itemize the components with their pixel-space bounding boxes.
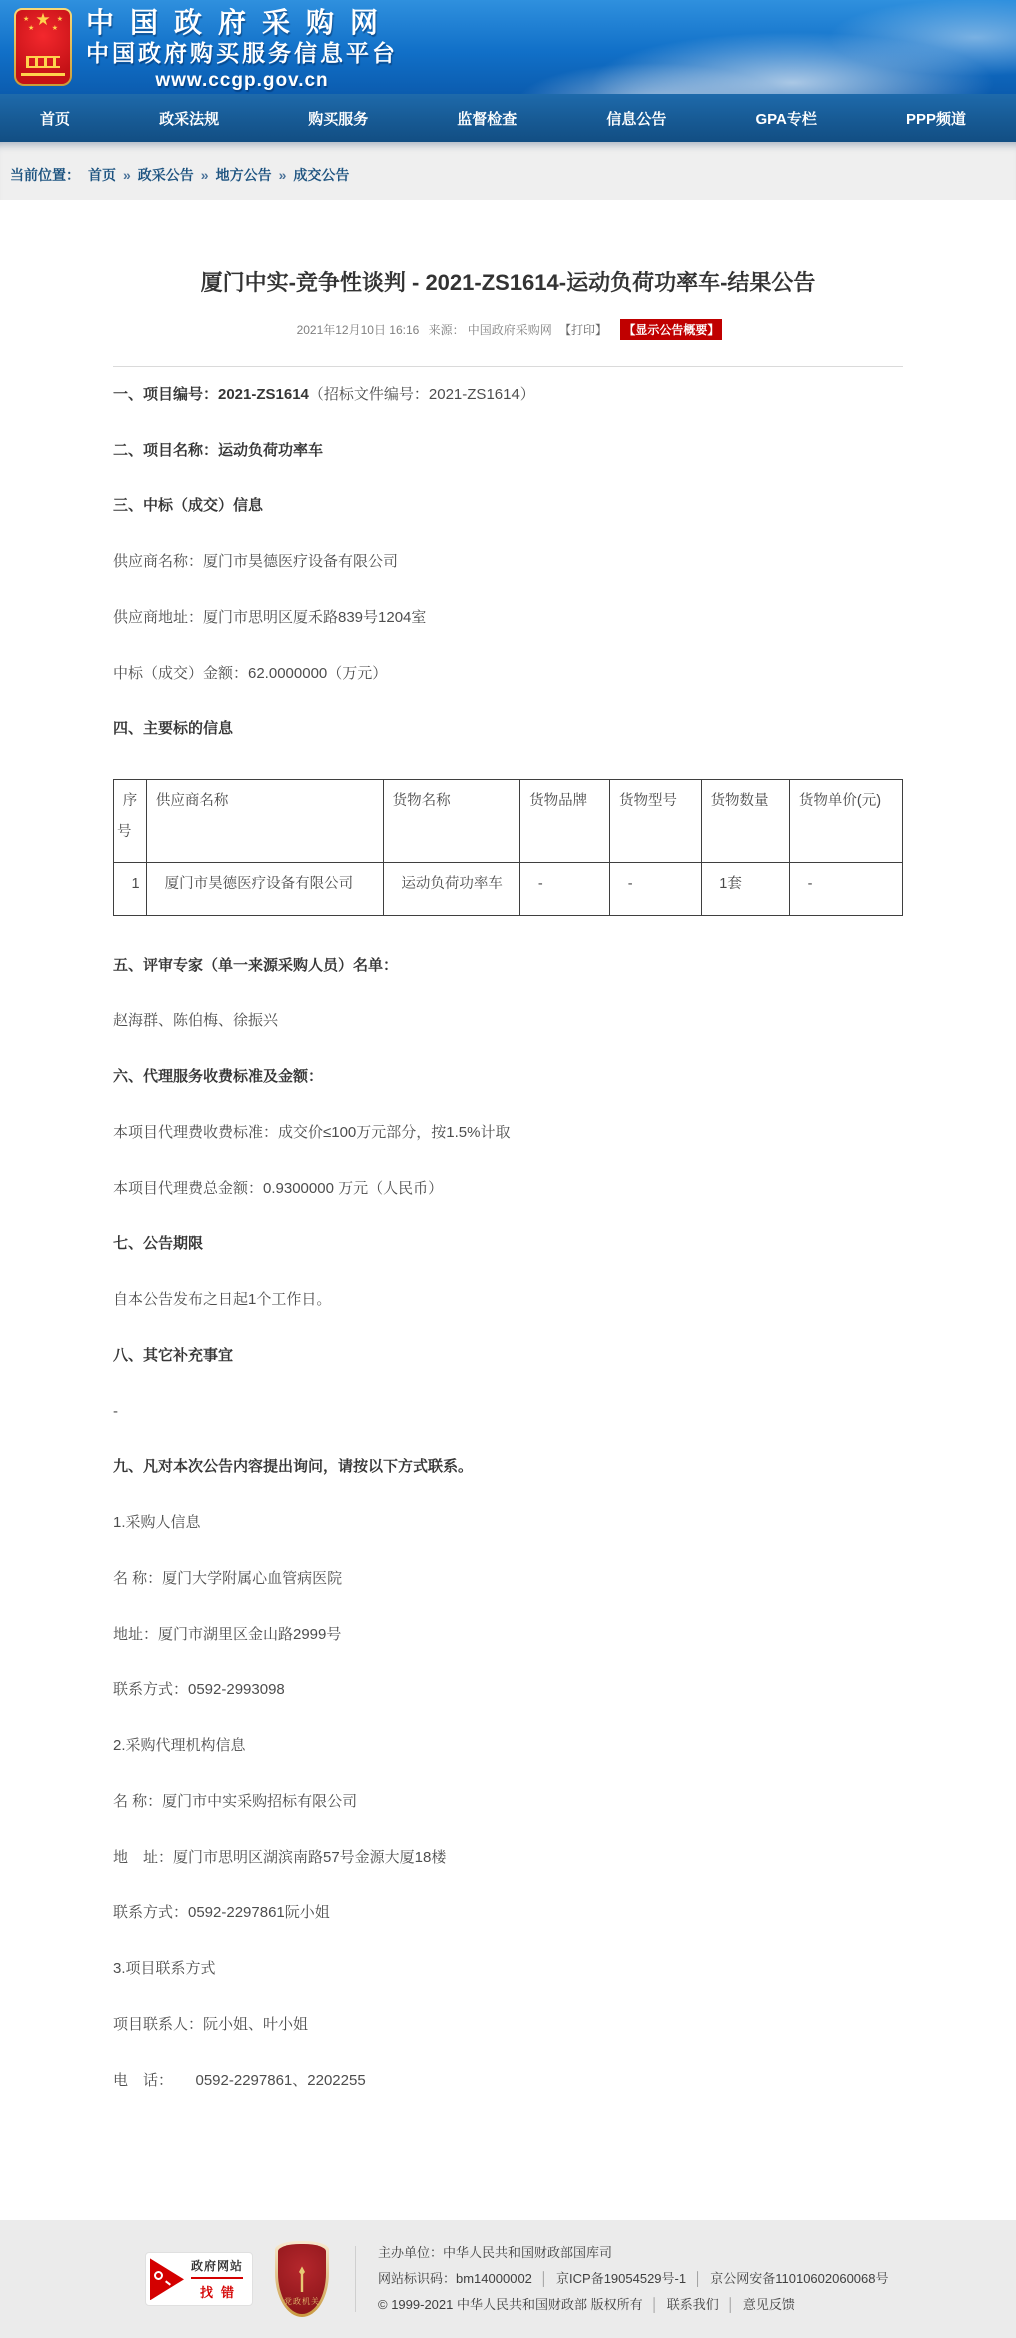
- article-body: 一、项目编号：2021-ZS1614（招标文件编号：2021-ZS1614） 二…: [113, 367, 903, 2109]
- cell-goods-model: -: [610, 863, 702, 915]
- breadcrumb-link-award-notices[interactable]: 成交公告: [293, 165, 349, 185]
- footer-vertical-divider: [355, 2246, 356, 2312]
- paragraph-text: 1.采购人信息: [113, 1514, 201, 1531]
- footer-text-block: 主办单位：中华人民共和国财政部国库司 网站标识码：bm14000002│京ICP…: [378, 2240, 889, 2318]
- breadcrumb-link-local-notices[interactable]: 地方公告: [216, 165, 272, 185]
- section-other-matters-heading: 八、其它补充事宜: [113, 1328, 903, 1384]
- paragraph-bold-text: 一、项目编号：2021-ZS1614: [113, 386, 309, 403]
- paragraph-text: 中标（成交）金额：62.0000000（万元）: [113, 665, 387, 682]
- purchaser-name-line: 名 称：厦门大学附属心血管病医院: [113, 1551, 903, 1607]
- print-button[interactable]: 【打印】: [559, 323, 607, 337]
- nav-item-ppp[interactable]: PPP频道: [906, 108, 966, 129]
- section-experts-heading: 五、评审专家（单一来源采购人员）名单：: [113, 938, 903, 994]
- site-url: www.ccgp.gov.cn: [86, 68, 398, 94]
- agency-name-line: 名 称：厦门市中实采购招标有限公司: [113, 1774, 903, 1830]
- breadcrumb-separator: »: [123, 167, 131, 183]
- footer-separator: │: [540, 2271, 548, 2286]
- section-main-subject-heading: 四、主要标的信息: [113, 701, 903, 757]
- goods-table-wrap: 序号 供应商名称 货物名称 货物品牌 货物型号 货物数量 货物单价(元) 1 厦…: [113, 779, 903, 916]
- nav-item-announcements[interactable]: 信息公告: [606, 108, 666, 129]
- main-nav: 首页 政采法规 购买服务 监督检查 信息公告 GPA专栏 PPP频道: [0, 94, 1016, 142]
- cell-goods-brand: -: [520, 863, 610, 915]
- purchaser-contact-line: 联系方式：0592-2993098: [113, 1662, 903, 1718]
- cell-goods-unit-price: -: [790, 863, 903, 915]
- paragraph-text: 自本公告发布之日起1个工作日。: [113, 1291, 331, 1308]
- experts-names-line: 赵海群、陈伯梅、徐振兴: [113, 993, 903, 1049]
- error-report-badge-text: 政府网站 找错: [191, 2257, 243, 2301]
- nav-item-regulations[interactable]: 政采法规: [159, 108, 219, 129]
- nav-item-home[interactable]: 首页: [40, 108, 70, 129]
- col-header-goods-unit-price: 货物单价(元): [790, 780, 903, 863]
- footer-separator: │: [694, 2271, 702, 2286]
- paragraph-text: 地 址：厦门市思明区湖滨南路57号金源大厦18楼: [113, 1849, 446, 1866]
- paragraph-bold-text: 二、项目名称：运动负荷功率车: [113, 442, 323, 459]
- footer-id-line: 网站标识码：bm14000002│京ICP备19054529号-1│京公网安备1…: [378, 2266, 889, 2292]
- site-banner: ★ ★ ★ ★ ★ 中国政府采购网 中国政府购买服务信息平台 www.ccgp.…: [0, 0, 1016, 94]
- party-gov-shield-badge[interactable]: 党政机关: [275, 2241, 329, 2317]
- page-title: 厦门中实-竞争性谈判 - 2021-ZS1614-运动负荷功率车-结果公告: [113, 268, 903, 299]
- magnifier-icon: [154, 2271, 163, 2280]
- paragraph-text: 本项目代理费收费标准：成交价≤100万元部分，按1.5%计取: [113, 1124, 510, 1141]
- goods-table-header-row: 序号 供应商名称 货物名称 货物品牌 货物型号 货物数量 货物单价(元): [114, 780, 903, 863]
- goods-table: 序号 供应商名称 货物名称 货物品牌 货物型号 货物数量 货物单价(元) 1 厦…: [113, 779, 903, 916]
- paragraph-bold-text: 四、主要标的信息: [113, 720, 233, 737]
- paragraph-text: 2.采购代理机构信息: [113, 1737, 246, 1754]
- paragraph-bold-text: 八、其它补充事宜: [113, 1347, 233, 1364]
- contact-us-link[interactable]: 联系我们: [667, 2297, 719, 2312]
- paragraph-bold-text: 六、代理服务收费标准及金额：: [113, 1068, 323, 1085]
- cell-goods-name: 运动负荷功率车: [383, 863, 519, 915]
- emblem-star-icon: ★: [35, 11, 50, 28]
- emblem-small-star-icon: ★: [52, 25, 58, 32]
- breadcrumb-link-home[interactable]: 首页: [88, 165, 116, 185]
- breadcrumb-separator: »: [201, 167, 209, 183]
- agency-fee-standard-line: 本项目代理费收费标准：成交价≤100万元部分，按1.5%计取: [113, 1105, 903, 1161]
- feedback-link[interactable]: 意见反馈: [743, 2297, 795, 2312]
- footer-copyright-line: © 1999-2021 中华人民共和国财政部 版权所有│联系我们│意见反馈: [378, 2292, 889, 2318]
- section-contact-heading: 九、凡对本次公告内容提出询问，请按以下方式联系。: [113, 1439, 903, 1495]
- col-header-index: 序号: [114, 780, 147, 863]
- goods-table-row: 1 厦门市昊德医疗设备有限公司 运动负荷功率车 - - 1套 -: [114, 863, 903, 915]
- paragraph-text: 赵海群、陈伯梅、徐振兴: [113, 1012, 278, 1029]
- paragraph-text: 3.项目联系方式: [113, 1960, 216, 1977]
- nav-item-gpa[interactable]: GPA专栏: [755, 108, 816, 129]
- emblem-small-star-icon: ★: [23, 16, 29, 23]
- paragraph-text: 联系方式：0592-2297861阮小姐: [113, 1904, 330, 1921]
- breadcrumb-prefix: 当前位置：: [10, 165, 80, 185]
- section-project-number: 一、项目编号：2021-ZS1614（招标文件编号：2021-ZS1614）: [113, 367, 903, 423]
- emblem-small-star-icon: ★: [57, 16, 63, 23]
- notice-period-line: 自本公告发布之日起1个工作日。: [113, 1272, 903, 1328]
- announcement-article: 厦门中实-竞争性谈判 - 2021-ZS1614-运动负荷功率车-结果公告 20…: [113, 200, 903, 2128]
- publish-datetime: 2021年12月10日 16:16: [297, 323, 420, 337]
- emblem-gate-shape: [26, 56, 60, 68]
- cell-goods-quantity: 1套: [701, 863, 789, 915]
- show-summary-button[interactable]: 【显示公告概要】: [620, 319, 722, 340]
- col-header-supplier: 供应商名称: [147, 780, 384, 863]
- project-contact-phone-line: 电 话： 0592-2297861、2202255: [113, 2053, 903, 2109]
- col-header-goods-model: 货物型号: [610, 780, 702, 863]
- public-security-license-link[interactable]: 京公网安备11010602060068号: [710, 2271, 888, 2286]
- paragraph-text: 供应商地址：厦门市思明区厦禾路839号1204室: [113, 609, 426, 626]
- paragraph-bold-text: 五、评审专家（单一来源采购人员）名单：: [113, 957, 398, 974]
- paragraph-text: 本项目代理费总金额：0.9300000 万元（人民币）: [113, 1180, 443, 1197]
- site-identity: 中国政府采购网 中国政府购买服务信息平台 www.ccgp.gov.cn: [86, 6, 398, 94]
- paragraph-text: 联系方式：0592-2993098: [113, 1681, 285, 1698]
- paragraph-text: 名 称：厦门大学附属心血管病医院: [113, 1570, 342, 1587]
- site-subtitle: 中国政府购买服务信息平台: [86, 39, 398, 68]
- project-contact-person-line: 项目联系人：阮小姐、叶小姐: [113, 1997, 903, 2053]
- paragraph-text: 名 称：厦门市中实采购招标有限公司: [113, 1793, 357, 1810]
- site-footer: 政府网站 找错 党政机关 主办单位：中华人民共和国财政部国库司 网站标识码：bm…: [0, 2220, 1016, 2338]
- emblem-small-star-icon: ★: [28, 25, 34, 32]
- col-header-goods-brand: 货物品牌: [520, 780, 610, 863]
- cell-index: 1: [114, 863, 147, 915]
- award-amount-line: 中标（成交）金额：62.0000000（万元）: [113, 646, 903, 702]
- col-header-goods-quantity: 货物数量: [701, 780, 789, 863]
- paragraph-bold-text: 三、中标（成交）信息: [113, 497, 263, 514]
- badge-line-find-error: 找错: [191, 2282, 243, 2301]
- site-id-text: 网站标识码：bm14000002: [378, 2271, 532, 2286]
- supplier-name-line: 供应商名称：厦门市昊德医疗设备有限公司: [113, 534, 903, 590]
- paragraph-text: 电 话： 0592-2297861、2202255: [113, 2072, 366, 2089]
- party-gov-label: 党政机关: [284, 2296, 320, 2307]
- paragraph-text: （招标文件编号：2021-ZS1614）: [309, 386, 535, 403]
- article-meta: 2021年12月10日 16:16 来源：中国政府采购网 【打印】 【显示公告概…: [113, 319, 903, 340]
- agency-fee-total-line: 本项目代理费总金额：0.9300000 万元（人民币）: [113, 1161, 903, 1217]
- supplier-address-line: 供应商地址：厦门市思明区厦禾路839号1204室: [113, 590, 903, 646]
- national-emblem-icon: ★ ★ ★ ★ ★: [14, 8, 72, 86]
- other-matters-line: -: [113, 1384, 903, 1440]
- national-emblem-body: ★ ★ ★ ★ ★: [16, 10, 70, 84]
- col-header-goods-name: 货物名称: [383, 780, 519, 863]
- gov-site-error-report-badge[interactable]: 政府网站 找错: [145, 2252, 253, 2306]
- torch-icon: [297, 2266, 307, 2292]
- agency-contact-line: 联系方式：0592-2297861阮小姐: [113, 1885, 903, 1941]
- section-project-name: 二、项目名称：运动负荷功率车: [113, 423, 903, 479]
- copyright-text: © 1999-2021 中华人民共和国财政部 版权所有: [378, 2297, 643, 2312]
- paragraph-text: 供应商名称：厦门市昊德医疗设备有限公司: [113, 553, 398, 570]
- paragraph-text: 地址：厦门市湖里区金山路2999号: [113, 1626, 341, 1643]
- nav-item-purchase-services[interactable]: 购买服务: [308, 108, 368, 129]
- footer-separator: │: [727, 2297, 735, 2312]
- section-award-info-heading: 三、中标（成交）信息: [113, 478, 903, 534]
- emblem-gate-base-shape: [21, 73, 65, 76]
- section-notice-period-heading: 七、公告期限: [113, 1216, 903, 1272]
- paragraph-text: 项目联系人：阮小姐、叶小姐: [113, 2016, 308, 2033]
- breadcrumb: 当前位置： 首页 » 政采公告 » 地方公告 » 成交公告: [0, 142, 1016, 200]
- purchaser-address-line: 地址：厦门市湖里区金山路2999号: [113, 1607, 903, 1663]
- footer-separator: │: [651, 2297, 659, 2312]
- cell-supplier: 厦门市昊德医疗设备有限公司: [147, 863, 384, 915]
- magnifier-handle-icon: [165, 2281, 171, 2286]
- project-contact-heading: 3.项目联系方式: [113, 1941, 903, 1997]
- paragraph-bold-text: 七、公告期限: [113, 1235, 203, 1252]
- paragraph-bold-text: 九、凡对本次公告内容提出询问，请按以下方式联系。: [113, 1458, 473, 1475]
- agency-info-heading: 2.采购代理机构信息: [113, 1718, 903, 1774]
- agency-address-line: 地 址：厦门市思明区湖滨南路57号金源大厦18楼: [113, 1830, 903, 1886]
- footer-host-line: 主办单位：中华人民共和国财政部国库司: [378, 2240, 889, 2266]
- nav-item-supervision[interactable]: 监督检查: [457, 108, 517, 129]
- source-label: 来源：: [429, 323, 465, 337]
- purchaser-info-heading: 1.采购人信息: [113, 1495, 903, 1551]
- badge-line-gov-site: 政府网站: [191, 2257, 243, 2279]
- section-agency-fee-heading: 六、代理服务收费标准及金额：: [113, 1049, 903, 1105]
- breadcrumb-link-procurement-notices[interactable]: 政采公告: [138, 165, 194, 185]
- paragraph-text: -: [113, 1403, 118, 1420]
- source-value: 中国政府采购网: [468, 323, 552, 337]
- breadcrumb-separator: »: [279, 167, 287, 183]
- host-unit-text: 主办单位：中华人民共和国财政部国库司: [378, 2245, 612, 2260]
- party-gov-shield-inner: 党政机关: [278, 2244, 326, 2314]
- site-title: 中国政府采购网: [86, 6, 398, 39]
- magnifier-flag-icon: [150, 2258, 184, 2300]
- icp-license-link[interactable]: 京ICP备19054529号-1: [556, 2271, 686, 2286]
